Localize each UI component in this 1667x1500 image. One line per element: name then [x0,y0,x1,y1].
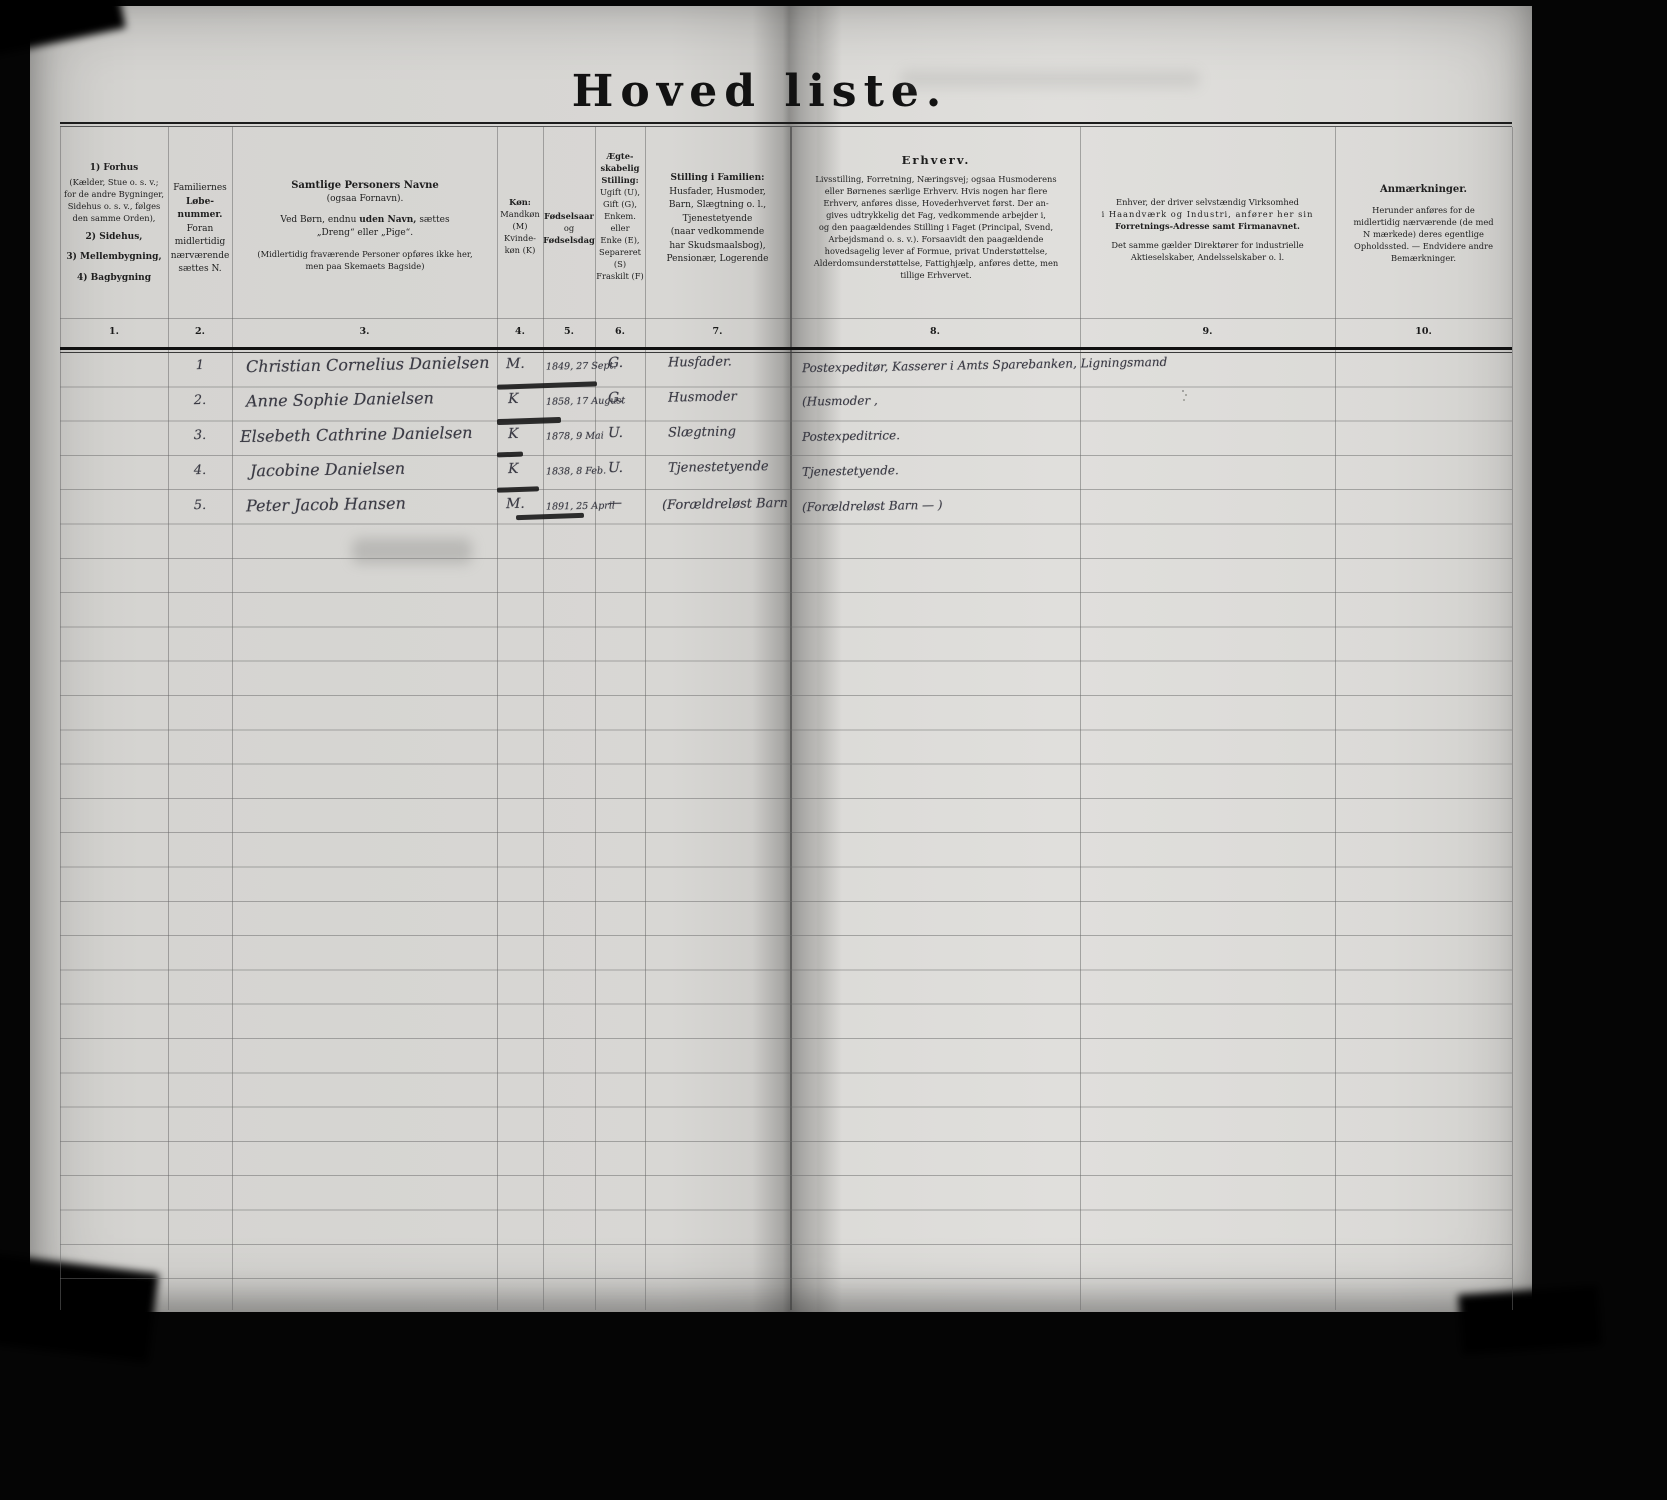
column-number-8: 8. [790,326,1080,337]
record-marital: — [608,495,622,511]
record-occupation: (Husmoder , [802,393,878,408]
column-header-6: Ægte- skabelig Stilling: Ugift (U), Gift… [595,150,645,282]
record-family-role: Tjenestetyende [668,459,769,476]
column-number-7: 7. [645,326,790,337]
record-marital: G. [608,390,623,406]
record-sex: M. [506,356,525,372]
ink-stroke [497,452,523,458]
record-name: Peter Jacob Hansen [246,494,406,516]
title-rule [60,122,1512,127]
record-birthdate: 1849, 27 Sept. [546,360,617,372]
scanned-census-page: Hoved liste. 1) Forhus (Kælder, Stue o. … [0,0,1667,1500]
record-name: Elsebeth Cathrine Danielsen [240,423,473,446]
record-family-role: Husfader. [668,354,732,370]
column-number-9: 9. [1080,326,1335,337]
record-number: 4. [178,463,222,479]
pencil-mark [1182,390,1184,392]
record-sex: K [508,391,519,407]
column-header-8: Erhverv. Livsstilling, Forretning, Nærin… [802,152,1070,281]
column-header-4: Køn: Mandkøn (M) Kvinde- køn (K) [497,196,543,256]
column-number-4: 4. [497,326,543,337]
header-separator-line [60,318,1512,319]
column-number-6: 6. [595,326,645,337]
column-number-1: 1. [60,326,168,337]
record-birthdate: 1838, 8 Feb. [546,465,606,477]
column-header-7: Stilling i Familien: Husfader, Husmoder,… [650,172,785,267]
column-number-5: 5. [543,326,595,337]
record-family-role: (Forældreløst Barn [662,496,788,513]
record-occupation: (Forældreløst Barn — ) [802,498,943,514]
column-number-3: 3. [232,326,497,337]
record-number: 1 [178,358,222,374]
record-number: 3. [178,428,222,444]
bleed-through-mark [352,538,472,564]
bleed-through-mark [900,70,1200,88]
record-family-role: Slægtning [668,424,736,440]
record-marital: G. [608,355,623,371]
record-sex: K [508,461,519,477]
record-birthdate: 1891, 25 April [546,500,615,512]
record-marital: U. [608,425,623,441]
record-name: Jacobine Danielsen [250,459,405,481]
column-header-2: Familiernes Løbe- nummer. Foran midlerti… [170,182,230,277]
record-sex: K [508,426,519,442]
column-number-10: 10. [1335,326,1512,337]
column-header-1: 1) Forhus (Kælder, Stue o. s. v.; for de… [62,162,166,285]
record-family-role: Husmoder [668,389,737,405]
record-sex: M. [506,496,525,512]
record-name: Anne Sophie Danielsen [246,388,434,410]
record-marital: U. [608,460,623,476]
column-number-2: 2. [168,326,232,337]
record-birthdate: 1878, 9 Mai [546,430,604,442]
column-header-5: Fødselsaar og Fødselsdag [543,210,595,246]
record-occupation: Postexpeditrice. [802,428,900,444]
record-number: 5. [178,498,222,514]
column-header-3: Samtlige Personers Navne (ogsaa Fornavn)… [240,178,490,272]
column-header-10: Anmærkninger. Herunder anføres for de mi… [1343,182,1504,264]
column-line [1512,127,1513,1310]
record-number: 2. [178,393,222,409]
record-occupation: Tjenestetyende. [802,463,899,479]
column-header-9: Enhver, der driver selvstændig Virksomhe… [1090,196,1325,263]
page-title: Hoved liste. [100,66,1420,117]
